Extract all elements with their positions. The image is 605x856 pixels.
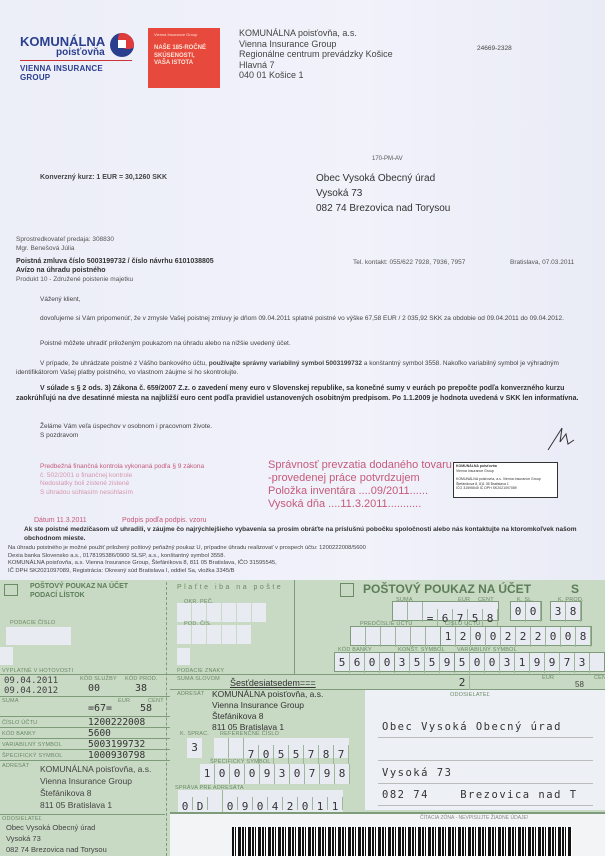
salutation: Vážený klient,	[40, 296, 80, 303]
banner-line-1: NAŠE 185-ROČNÉ	[154, 45, 214, 53]
digit-cell: 5	[274, 745, 289, 765]
perforation-line	[166, 582, 167, 856]
recipient-address: Obec Vysoká Obecný úrad Vysoká 73 082 74…	[316, 171, 450, 216]
stamp-date: Dátum 11.3.2011	[34, 517, 87, 524]
payment-footer: Na úhradu poistného je možné použiť pril…	[8, 545, 366, 575]
digit-cell	[351, 627, 366, 647]
logo-group: VIENNA INSURANCE GROUP	[20, 64, 135, 82]
digit-cell: 0	[471, 627, 486, 647]
digit-cell	[214, 738, 229, 758]
stamp-line: č. 502/2001 o finančnej kontrole	[40, 472, 204, 481]
label-suma: SUMA	[2, 698, 19, 704]
digit-cell	[229, 738, 244, 758]
post-logo-icon	[4, 584, 18, 596]
digit-cell: 8	[335, 764, 350, 784]
digit-cell	[393, 602, 408, 622]
k-prod-field[interactable]: 38	[550, 601, 582, 621]
label-adresat: ADRESÁT	[2, 763, 29, 769]
label-eur-small: EUR	[542, 675, 554, 681]
specific-symbol-field[interactable]: 1000930798	[200, 764, 350, 784]
podacie-cislo-field[interactable]	[6, 627, 71, 645]
digit-cell	[208, 790, 223, 810]
suma-eur-value: =67=	[88, 703, 112, 714]
banner-line-3: VAŠA ISTOTA	[154, 60, 214, 68]
slip-type-letter: S	[571, 582, 579, 596]
account-number-field[interactable]: 1200222008	[440, 626, 592, 646]
adresat-line: Vienna Insurance Group	[40, 775, 151, 787]
footer-line: IČ DPH SK2021097089, Registrácia: Okresn…	[8, 568, 366, 576]
digit-cell: 3	[500, 653, 515, 673]
digit-cell	[408, 602, 423, 622]
label-k-sprac: K. SPRAC.	[180, 731, 209, 737]
promo-banner: Vienna Insurance Group NAŠE 185-ROČNÉ SK…	[148, 28, 220, 88]
variable-symbol-field[interactable]: 5003199732	[454, 652, 605, 672]
contact-phone: Tel. kontakt: 055/622 7928, 7936, 7957	[353, 259, 465, 266]
row-label: ŠPECIFICKÝ SYMBOL	[2, 753, 63, 759]
label-referencne-cislo: REFERENČNÉ ČÍSLO	[220, 731, 279, 737]
digit-cell: 0	[290, 764, 305, 784]
recipient-line: Obec Vysoká Obecný úrad	[316, 171, 450, 186]
digit-cell: 2	[531, 627, 546, 647]
digit-cell: 1	[441, 627, 456, 647]
digit-cell: 0	[511, 602, 526, 622]
digit-cell: 9	[530, 653, 545, 673]
p3-text: V prípade, že uhrádzate poistné z Vášho …	[40, 360, 209, 367]
sender-line: Regionálne centrum prevádzky Košice	[239, 49, 393, 60]
date-to: 09.04.2012	[4, 686, 58, 696]
stamp-box-line: Vienna Insurance Group	[456, 469, 555, 474]
row-kod-banky: KÓD BANKY5600	[0, 728, 170, 739]
barcode	[232, 827, 572, 856]
financial-control-stamp: Predbežná finančná kontrola vykonaná pod…	[40, 463, 204, 497]
bank-code-field[interactable]: 5600	[334, 652, 396, 672]
digit-cell: 7	[305, 764, 320, 784]
stub-title: POŠTOVÝ POUKAZ NA ÚČET	[30, 583, 128, 590]
footer-line: KOMUNÁLNA poisťovňa, a.s. Vienna Insuran…	[8, 560, 366, 568]
signature-icon	[540, 420, 580, 455]
row-specificky-symbol: ŠPECIFICKÝ SYMBOL1000930798	[0, 750, 170, 761]
okr-pec-fields[interactable]	[177, 603, 266, 622]
digit-cell: 0	[485, 653, 500, 673]
row-cislo-uctu: ČÍSLO ÚČTU1200222008	[0, 717, 170, 728]
goods-receipt-stamp: Správnosť prevzatia dodaného tovaru -pro…	[268, 459, 452, 511]
stub-dates: 09.04.2011 09.04.2012	[4, 676, 58, 696]
row-label: KÓD BANKY	[2, 731, 36, 737]
label-kod-sluzby: KÓD SLUŽBY	[80, 676, 117, 682]
digit-cell: 3	[551, 602, 566, 622]
adresat-line: Vienna Insurance Group	[212, 700, 323, 711]
digit-cell: 5	[335, 653, 350, 673]
stamp-line: Správnosť prevzatia dodaného tovaru	[268, 459, 452, 472]
already-paid-notice: Ak ste poistné medzičasom už uhradili, v…	[24, 526, 584, 543]
p3-bold: používajte správny variabilný symbol 500…	[209, 360, 362, 367]
stamp-signature: Podpis podľa podpis. vzoru	[122, 517, 207, 524]
paragraph-variable-symbol: V prípade, že uhrádzate poistné z Vášho …	[16, 359, 581, 377]
row-value: 1000930798	[88, 750, 145, 761]
stamp-line: Nedostatky boli zistené zistené	[40, 480, 204, 489]
recipient-line: 082 74 Brezovica nad Torysou	[316, 201, 450, 216]
digit-cell: 8	[566, 602, 581, 622]
stamp-box-line: KOMUNÁLNA poisťovňa, a.s. Vienna Insuran…	[456, 477, 555, 482]
digit-cell: 9	[260, 764, 275, 784]
stub-small-field[interactable]	[0, 647, 13, 665]
digit-cell: 5	[289, 745, 304, 765]
label-suma-slovom: SUMA SLOVOM	[177, 676, 220, 682]
amount-in-words: Šesťdesiatsedem===	[230, 678, 316, 688]
label-middle-adresat: ADRESÁT	[177, 691, 204, 697]
intermediary-code: Sprostredkovateľ predaja: 308830	[16, 235, 114, 244]
closing: Želáme Vám veľa úspechov v osobnom i pra…	[40, 422, 212, 440]
middle-adresat: KOMUNÁLNA poisťovňa, a.s. Vienna Insuran…	[212, 689, 323, 733]
digit-cell: 0	[470, 653, 485, 673]
reference-number-field[interactable]: 7055787	[214, 738, 349, 758]
date-from: 09.04.2011	[4, 676, 58, 686]
k-sl-field[interactable]: 00	[510, 601, 542, 621]
cent-value: 58	[575, 680, 584, 689]
odosielatel-line: 082 74 Brezovica nad Torysou	[6, 844, 107, 855]
stamp-box-line: IČO 31595545 IČ DPH SK2021097089	[456, 486, 555, 491]
adresat-line: 811 05 Bratislava 1	[40, 799, 151, 811]
sender-street-line: Vysoká 73	[382, 767, 452, 779]
digit-cell: 9	[545, 653, 560, 673]
message-line-1[interactable]: 0D09042011	[178, 790, 343, 810]
digit-cell	[366, 627, 381, 647]
paragraph-euro-law: V súlade s § 2 ods. 3) Zákona č. 659/200…	[16, 384, 581, 403]
stamp-line: Položka inventára ....09/2011......	[268, 485, 452, 498]
digit-cell: 9	[320, 764, 335, 784]
digit-cell: 9	[440, 653, 455, 673]
adresat-line: Štefánikova 8	[212, 711, 323, 722]
stamp-line: Predbežná finančná kontrola vykonaná pod…	[40, 463, 204, 472]
label-eur: EUR	[118, 698, 130, 704]
post-logo-icon	[340, 583, 354, 597]
constant-symbol-field[interactable]: 3559	[394, 652, 456, 672]
digit-cell: 0	[230, 764, 245, 784]
digit-cell: 2	[501, 627, 516, 647]
label-right-odosielatel: ODOSIELATEĽ	[450, 692, 490, 698]
k-sprac-field[interactable]: 3	[187, 738, 202, 758]
digit-cell	[396, 627, 411, 647]
sender-city-line: 082 74 Brezovica nad T	[382, 789, 578, 801]
kod-sluzby-value: 00	[88, 683, 100, 694]
digit-cell: 1	[200, 764, 215, 784]
stub-rows: ČÍSLO ÚČTU1200222008 KÓD BANKY5600 VARIA…	[0, 717, 170, 761]
sender-address: KOMUNÁLNA poisťovňa, a.s. Vienna Insuran…	[239, 28, 393, 81]
stub-subtitle: PODACÍ LÍSTOK	[30, 592, 85, 599]
route-code: 170-PM-AV	[372, 156, 403, 162]
digit-cell	[426, 627, 441, 647]
intermediary-name: Mgr. Benešová Júlia	[16, 244, 114, 253]
slip-title: POŠTOVÝ POUKAZ NA ÚČET	[363, 582, 531, 596]
row-label: ČÍSLO ÚČTU	[2, 720, 37, 726]
recipient-line: Vysoká 73	[316, 186, 450, 201]
digit-cell: 5	[425, 653, 440, 673]
stamp-line: Vysoká dňa ....11.3.2011...........	[268, 498, 452, 511]
stub-odosielatel: Obec Vysoká Obecný úrad Vysoká 73 082 74…	[6, 822, 107, 855]
conversion-rate: Konverzný kurz: 1 EUR = 30,1260 SKK	[40, 174, 167, 181]
product-name: Produkt 10 - Združené poistenie majetku	[16, 276, 133, 283]
logo-sub: poisťovňa	[56, 47, 105, 58]
digit-cell: 6	[350, 653, 365, 673]
sender-line: KOMUNÁLNA poisťovňa, a.s.	[239, 28, 393, 39]
digit-cell: 3	[275, 764, 290, 784]
stamp-line: S úhradou súhlasím nesúhlasím	[40, 489, 204, 498]
digit-cell: 0	[365, 653, 380, 673]
account-prefix-field[interactable]	[350, 626, 442, 646]
row-label: VARIABILNÝ SYMBOL	[2, 742, 62, 748]
stub-adresat: KOMUNÁLNA poisťovňa, a.s. Vienna Insuran…	[40, 763, 151, 811]
digit-cell: 2	[456, 627, 471, 647]
digit-cell: 2	[516, 627, 531, 647]
intermediary: Sprostredkovateľ predaja: 308830 Mgr. Be…	[16, 235, 114, 253]
digit-cell: 0	[380, 653, 395, 673]
closing-greeting: S pozdravom	[40, 431, 212, 440]
footer-line: Dexia banka Slovensko a.s., 0178195386/0…	[8, 553, 366, 561]
digit-cell: 1	[515, 653, 530, 673]
digit-cell: 0	[526, 602, 541, 622]
digit-cell: 5	[410, 653, 425, 673]
digit-cell: 7	[304, 745, 319, 765]
company-logo: KOMUNÁLNA poisťovňa VIENNA INSURANCE GRO…	[20, 30, 135, 80]
odosielatel-line: Vysoká 73	[6, 833, 107, 844]
closing-wish: Želáme Vám veľa úspechov v osobnom i pra…	[40, 422, 212, 431]
adresat-line: KOMUNÁLNA poisťovňa, a.s.	[212, 689, 323, 700]
row-value: 5600	[88, 728, 111, 739]
row-value: 1200222008	[88, 717, 145, 728]
odosielatel-line: Obec Vysoká Obecný úrad	[6, 822, 107, 833]
digit-cell: 0	[546, 627, 561, 647]
digit-cell: 5	[455, 653, 470, 673]
letter-subject: Avízo na úhradu poistného	[16, 266, 106, 275]
kod-prod-value: 38	[135, 683, 147, 694]
label-kod-prod: KÓD PROD.	[125, 676, 158, 682]
amount-field[interactable]: =6758	[392, 601, 499, 621]
digit-cell: 3	[395, 653, 410, 673]
row-variabilny-symbol: VARIABILNÝ SYMBOL5003199732	[0, 739, 170, 750]
digit-cell: 7	[560, 653, 575, 673]
document-code: 24669-2328	[477, 45, 512, 52]
company-stamp-box: KOMUNÁLNA poisťovňa Vienna Insurance Gro…	[453, 462, 558, 498]
digit-cell: 0	[561, 627, 576, 647]
sender-name-line: Obec Vysoká Obecný úrad	[382, 721, 562, 733]
digit-cell: 0	[215, 764, 230, 784]
banner-small: Vienna Insurance Group	[154, 32, 214, 37]
digit-cell: 7	[334, 745, 349, 765]
paragraph-due: dovoľujeme si Vám pripomenúť, že v zmysl…	[16, 314, 581, 323]
reading-zone-label: ČÍTACIA ZÓNA - NEVPISUJTE ŽIADNE ÚDAJE!	[420, 815, 528, 821]
digit-cell: 0	[486, 627, 501, 647]
stamp-line: -provedenej práce potvrdzujem	[268, 472, 452, 485]
footer-line: Na úhradu poistného je možné použiť pril…	[8, 545, 366, 553]
banner-line-2: SKÚSENOSTI,	[154, 53, 214, 61]
digit-cell: 8	[576, 627, 591, 647]
logo-mark-icon	[110, 33, 134, 57]
middle-small-field[interactable]	[177, 648, 190, 665]
adresat-line: Štefánikova 8	[40, 787, 151, 799]
sender-line: 040 01 Košice 1	[239, 70, 393, 81]
contract-number: Poistná zmluva číslo 5003199732 / číslo …	[16, 257, 214, 266]
place-date: Bratislava, 07.03.2011	[510, 259, 574, 266]
adresat-line: KOMUNÁLNA poisťovňa, a.s.	[40, 763, 151, 775]
digit-cell: 0	[245, 764, 260, 784]
label-cent-small: cent	[594, 675, 605, 681]
pay-at-post-only: Plaťte iba na pošte	[177, 584, 283, 591]
suma-cent-value: 58	[140, 703, 152, 714]
sender-line: Vienna Insurance Group	[239, 39, 393, 50]
pod-cis-fields[interactable]	[177, 625, 251, 644]
digit-cell	[381, 627, 396, 647]
sender-line: Hlavná 7	[239, 60, 393, 71]
paragraph-payment: Poistné môžete uhradiť priloženým poukaz…	[40, 340, 291, 347]
label-podacie-cislo: PODACIE ČÍSLO	[10, 620, 55, 626]
digit-cell	[411, 627, 426, 647]
digit-cell: 8	[319, 745, 334, 765]
digit-cell: 3	[575, 653, 590, 673]
row-value: 5003199732	[88, 739, 145, 750]
